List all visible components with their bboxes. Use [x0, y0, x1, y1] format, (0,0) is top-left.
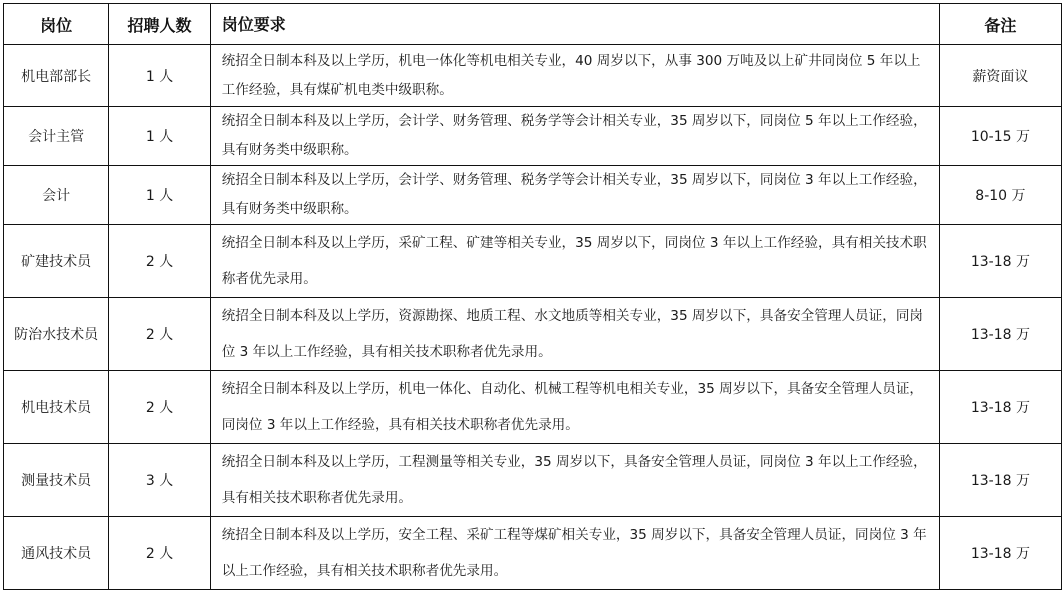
- note-cell: 13-18 万: [939, 371, 1061, 444]
- table-row: 矿建技术员 2 人 统招全日制本科及以上学历，采矿工程、矿建等相关专业，35 周…: [4, 225, 1062, 298]
- requirement-cell: 统招全日制本科及以上学历，会计学、财务管理、税务学等会计相关专业，35 周岁以下…: [210, 107, 939, 166]
- position-cell: 测量技术员: [4, 444, 109, 517]
- requirement-cell: 统招全日制本科及以上学历，安全工程、采矿工程等煤矿相关专业，35 周岁以下，具备…: [210, 517, 939, 590]
- header-requirement: 岗位要求: [210, 4, 939, 45]
- table-row: 测量技术员 3 人 统招全日制本科及以上学历，工程测量等相关专业，35 周岁以下…: [4, 444, 1062, 517]
- count-cell: 2 人: [109, 517, 210, 590]
- count-cell: 2 人: [109, 225, 210, 298]
- position-cell: 防治水技术员: [4, 298, 109, 371]
- header-row: 岗位 招聘人数 岗位要求 备注: [4, 4, 1062, 45]
- recruitment-table: 岗位 招聘人数 岗位要求 备注 机电部部长 1 人 统招全日制本科及以上学历，机…: [3, 3, 1062, 590]
- count-cell: 1 人: [109, 107, 210, 166]
- note-cell: 13-18 万: [939, 444, 1061, 517]
- position-cell: 机电部部长: [4, 45, 109, 107]
- requirement-cell: 统招全日制本科及以上学历，工程测量等相关专业，35 周岁以下，具备安全管理人员证…: [210, 444, 939, 517]
- count-cell: 2 人: [109, 371, 210, 444]
- position-cell: 机电技术员: [4, 371, 109, 444]
- note-cell: 13-18 万: [939, 517, 1061, 590]
- count-cell: 2 人: [109, 298, 210, 371]
- note-cell: 8-10 万: [939, 166, 1061, 225]
- note-cell: 13-18 万: [939, 225, 1061, 298]
- position-cell: 通风技术员: [4, 517, 109, 590]
- count-cell: 1 人: [109, 45, 210, 107]
- note-cell: 薪资面议: [939, 45, 1061, 107]
- requirement-cell: 统招全日制本科及以上学历，采矿工程、矿建等相关专业，35 周岁以下，同岗位 3 …: [210, 225, 939, 298]
- table-row: 机电部部长 1 人 统招全日制本科及以上学历，机电一体化等机电相关专业，40 周…: [4, 45, 1062, 107]
- table-row: 会计主管 1 人 统招全日制本科及以上学历，会计学、财务管理、税务学等会计相关专…: [4, 107, 1062, 166]
- note-cell: 10-15 万: [939, 107, 1061, 166]
- count-cell: 1 人: [109, 166, 210, 225]
- position-cell: 矿建技术员: [4, 225, 109, 298]
- requirement-cell: 统招全日制本科及以上学历，机电一体化等机电相关专业，40 周岁以下，从事 300…: [210, 45, 939, 107]
- requirement-cell: 统招全日制本科及以上学历，资源勘探、地质工程、水文地质等相关专业，35 周岁以下…: [210, 298, 939, 371]
- table-row: 机电技术员 2 人 统招全日制本科及以上学历，机电一体化、自动化、机械工程等机电…: [4, 371, 1062, 444]
- header-position: 岗位: [4, 4, 109, 45]
- table-row: 通风技术员 2 人 统招全日制本科及以上学历，安全工程、采矿工程等煤矿相关专业，…: [4, 517, 1062, 590]
- count-cell: 3 人: [109, 444, 210, 517]
- position-cell: 会计: [4, 166, 109, 225]
- table-row: 防治水技术员 2 人 统招全日制本科及以上学历，资源勘探、地质工程、水文地质等相…: [4, 298, 1062, 371]
- position-cell: 会计主管: [4, 107, 109, 166]
- note-cell: 13-18 万: [939, 298, 1061, 371]
- header-count: 招聘人数: [109, 4, 210, 45]
- requirement-cell: 统招全日制本科及以上学历，会计学、财务管理、税务学等会计相关专业，35 周岁以下…: [210, 166, 939, 225]
- header-note: 备注: [939, 4, 1061, 45]
- requirement-cell: 统招全日制本科及以上学历，机电一体化、自动化、机械工程等机电相关专业，35 周岁…: [210, 371, 939, 444]
- table-row: 会计 1 人 统招全日制本科及以上学历，会计学、财务管理、税务学等会计相关专业，…: [4, 166, 1062, 225]
